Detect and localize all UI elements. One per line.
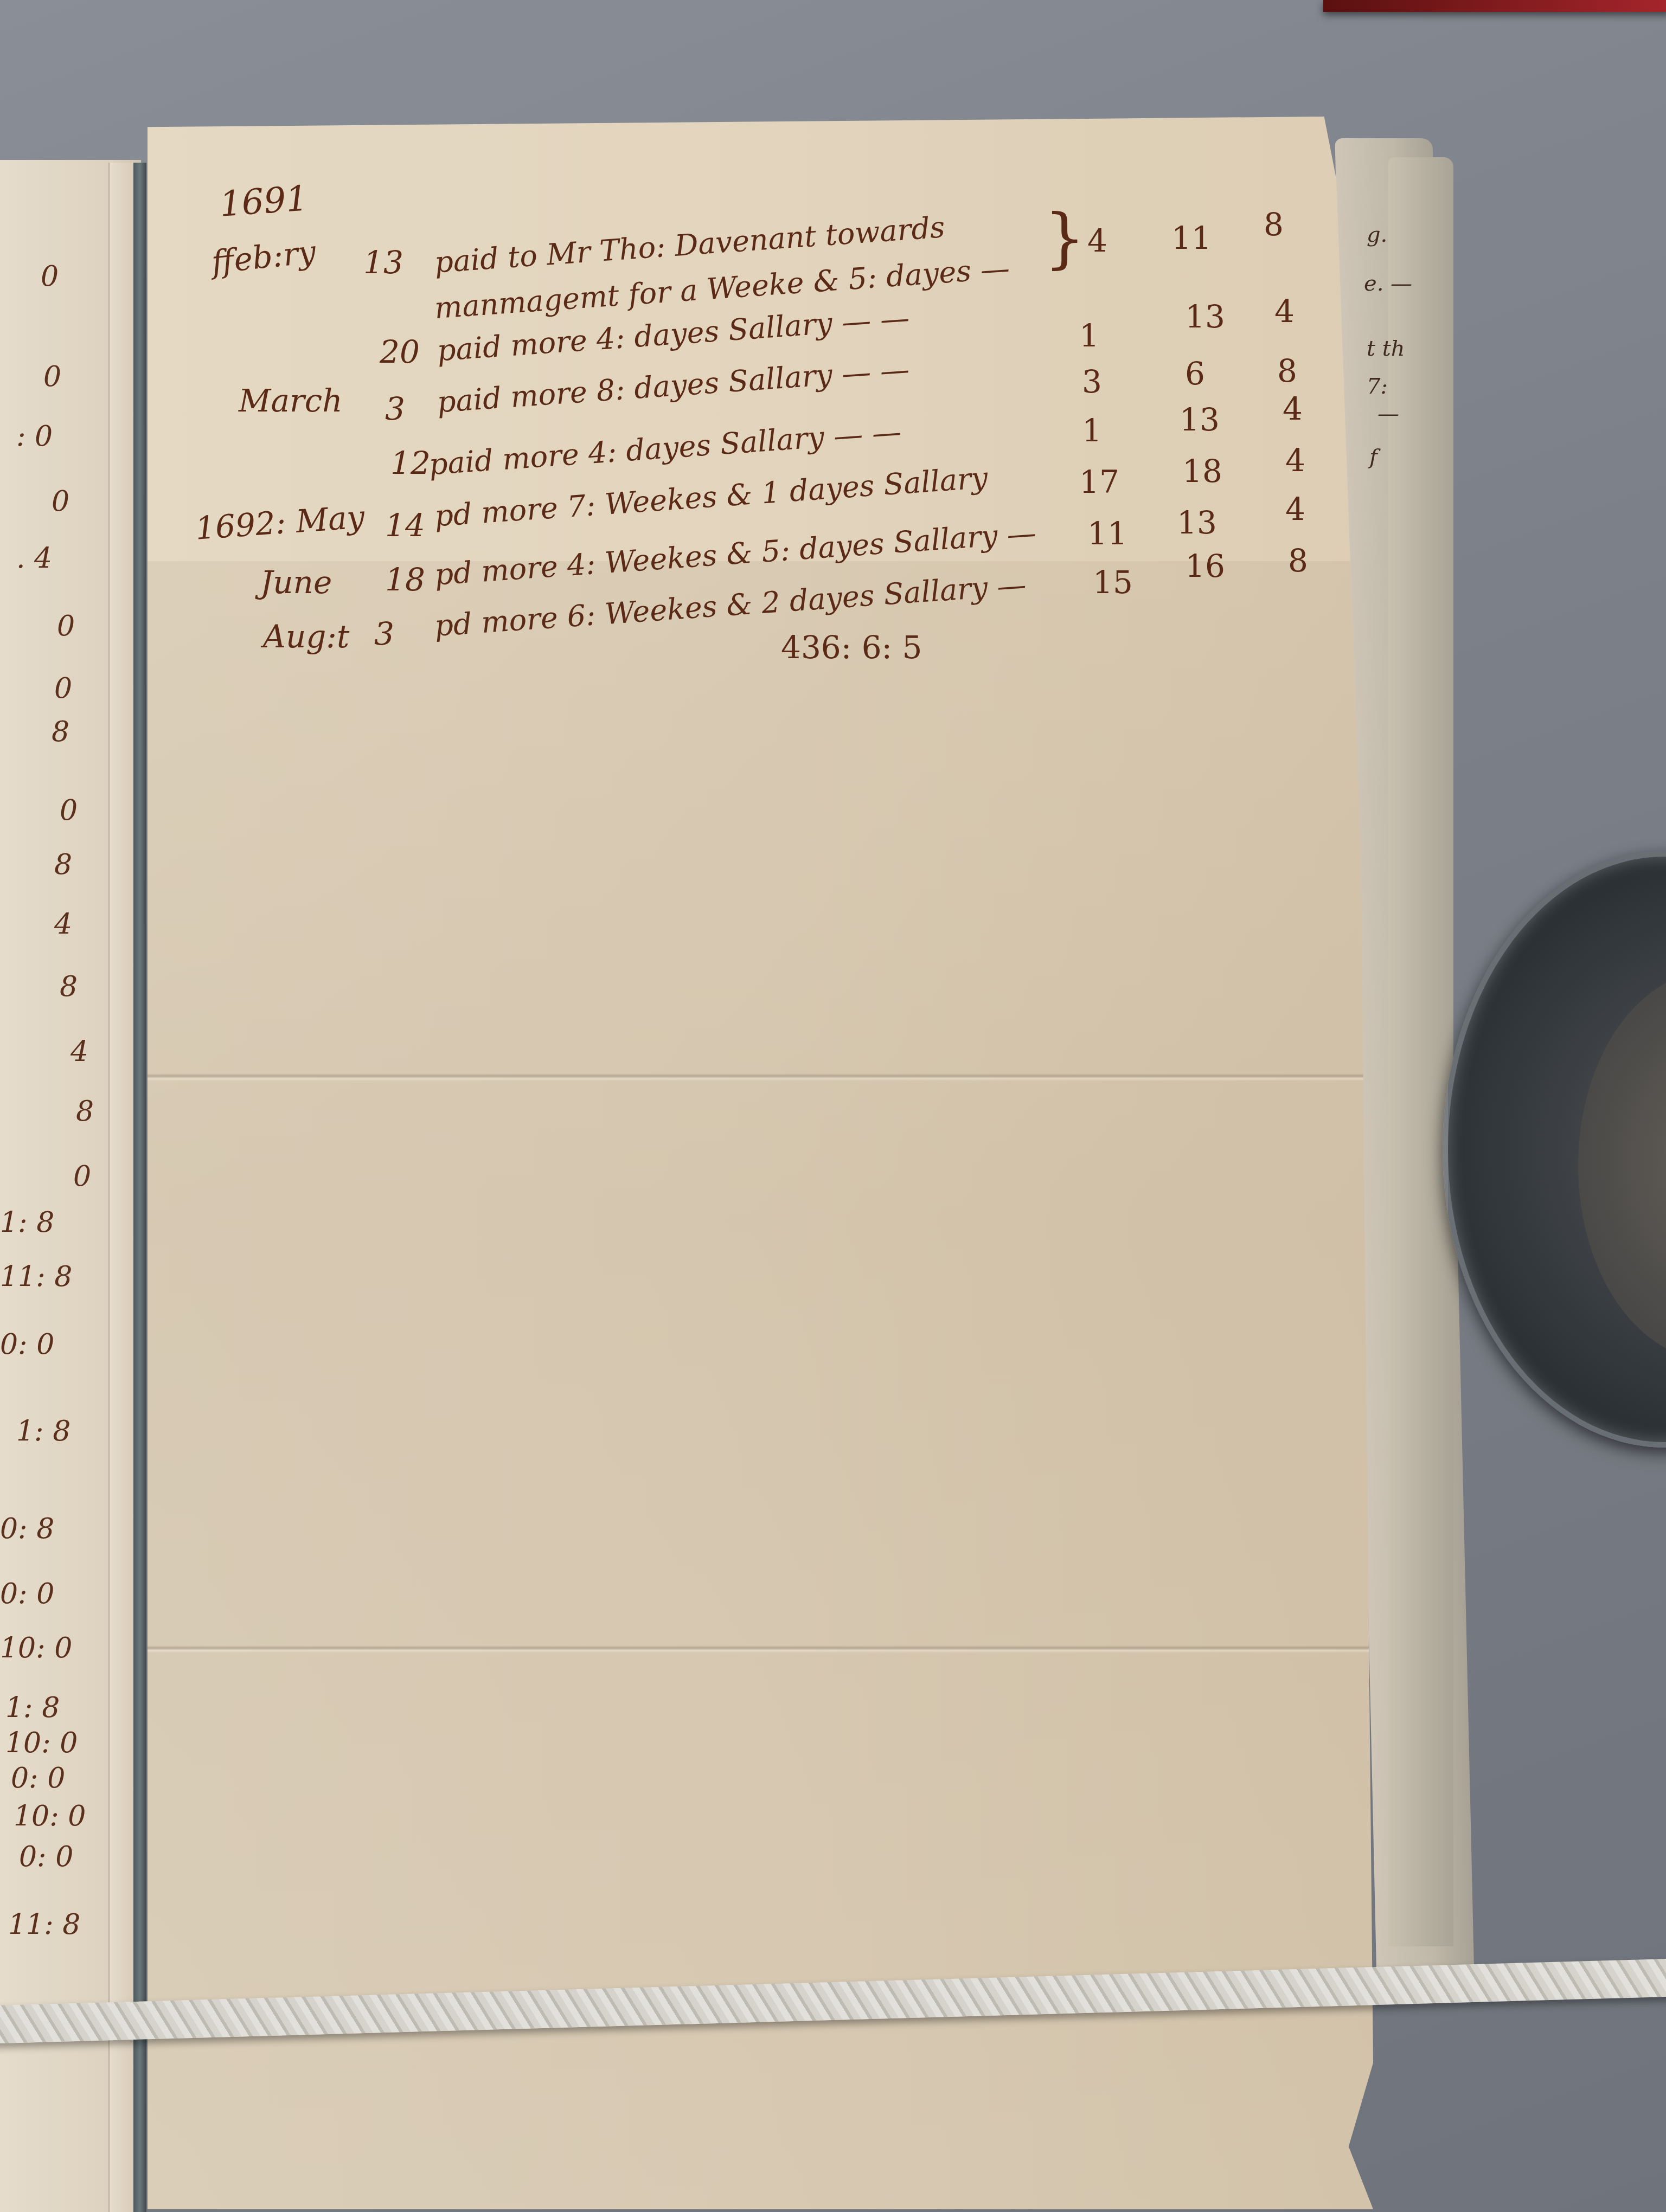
left-figure: 8 — [60, 970, 78, 1003]
entry-day: 12 — [390, 445, 431, 481]
left-figure: 10: 0 — [0, 1632, 72, 1664]
entry-month: Aug:t — [263, 618, 349, 655]
left-figure: 0 — [57, 610, 75, 642]
entry-day: 14 — [385, 507, 425, 544]
left-figure: 0 — [52, 485, 69, 518]
left-figure: 10: 0 — [5, 1727, 78, 1759]
entry-day: 3 — [385, 390, 405, 427]
left-figure: 0: 0 — [0, 1328, 54, 1361]
back-sheet-note: t th — [1367, 336, 1405, 361]
back-sheet-note: e. — — [1364, 271, 1412, 296]
entry-shillings: 13 — [1180, 401, 1220, 438]
entry-pounds: 3 — [1082, 363, 1102, 400]
entry-month: June — [260, 564, 332, 601]
entry-pounds: 17 — [1079, 464, 1119, 500]
left-figure: 0 — [73, 1160, 91, 1193]
entry-shillings: 16 — [1185, 548, 1225, 584]
entry-shillings: 13 — [1185, 298, 1225, 335]
left-figure: 0 — [43, 361, 61, 393]
left-figure: 8 — [76, 1095, 94, 1128]
left-figure: 1: 8 — [0, 1206, 54, 1239]
red-object-edge — [1323, 0, 1666, 12]
ledger-total: 436: 6: 5 — [781, 629, 922, 666]
entry-pounds: 1 — [1082, 412, 1102, 449]
entry-day: 3 — [374, 615, 394, 652]
back-sheet-note: f — [1369, 445, 1377, 470]
left-figure: 10: 0 — [14, 1800, 86, 1832]
entry-pounds: 4 — [1087, 222, 1107, 259]
entry-bracket: } — [1044, 201, 1085, 276]
entry-pence: 4 — [1285, 442, 1305, 479]
page-fold-line — [148, 1073, 1373, 1081]
entry-shillings: 6 — [1185, 355, 1205, 392]
left-figure: 1: 8 — [5, 1692, 60, 1724]
page-fold-line — [148, 1645, 1373, 1653]
entry-shillings: 13 — [1177, 504, 1217, 541]
left-figure: 0 — [60, 794, 78, 827]
left-figure: 8 — [54, 848, 72, 881]
back-sheet-note: 7: — [1367, 374, 1388, 399]
entry-shillings: 18 — [1182, 453, 1222, 490]
entry-pence: 4 — [1283, 390, 1303, 427]
back-sheet-note: — — [1377, 401, 1399, 426]
entry-shillings: 11 — [1171, 220, 1212, 256]
left-figure: 4 — [54, 908, 72, 941]
left-figure: 0: 0 — [19, 1841, 73, 1873]
left-figure: 0: 0 — [0, 1578, 54, 1610]
left-figure: : 0 — [16, 420, 53, 453]
left-figure: . 4 — [16, 542, 52, 575]
left-figure: 0: 0 — [11, 1762, 65, 1795]
left-figure: 11: 8 — [8, 1908, 80, 1941]
entry-day: 13 — [363, 244, 403, 281]
left-figure: 0 — [54, 672, 72, 705]
entry-pence: 8 — [1288, 542, 1308, 579]
entry-day: 20 — [380, 333, 420, 370]
entry-pence: 8 — [1264, 206, 1284, 243]
entry-pounds: 11 — [1087, 515, 1127, 552]
entry-pence: 4 — [1274, 293, 1295, 330]
left-figure: 11: 8 — [0, 1261, 72, 1293]
page-shading — [148, 561, 1373, 2209]
year-heading: 1691 — [219, 178, 310, 224]
entry-month: March — [239, 382, 343, 419]
entry-day: 18 — [385, 561, 425, 598]
entry-pence: 4 — [1285, 491, 1305, 528]
back-sheet-note: g. — [1367, 222, 1387, 247]
left-figure: 0 — [41, 260, 59, 293]
left-figure: 1: 8 — [16, 1415, 71, 1448]
left-figure: 0: 8 — [0, 1513, 54, 1545]
entry-pence: 8 — [1277, 352, 1297, 389]
left-figure: 4 — [71, 1036, 88, 1068]
entry-pounds: 15 — [1093, 564, 1133, 601]
left-figure: 8 — [52, 716, 69, 748]
entry-pounds: 1 — [1079, 317, 1099, 354]
